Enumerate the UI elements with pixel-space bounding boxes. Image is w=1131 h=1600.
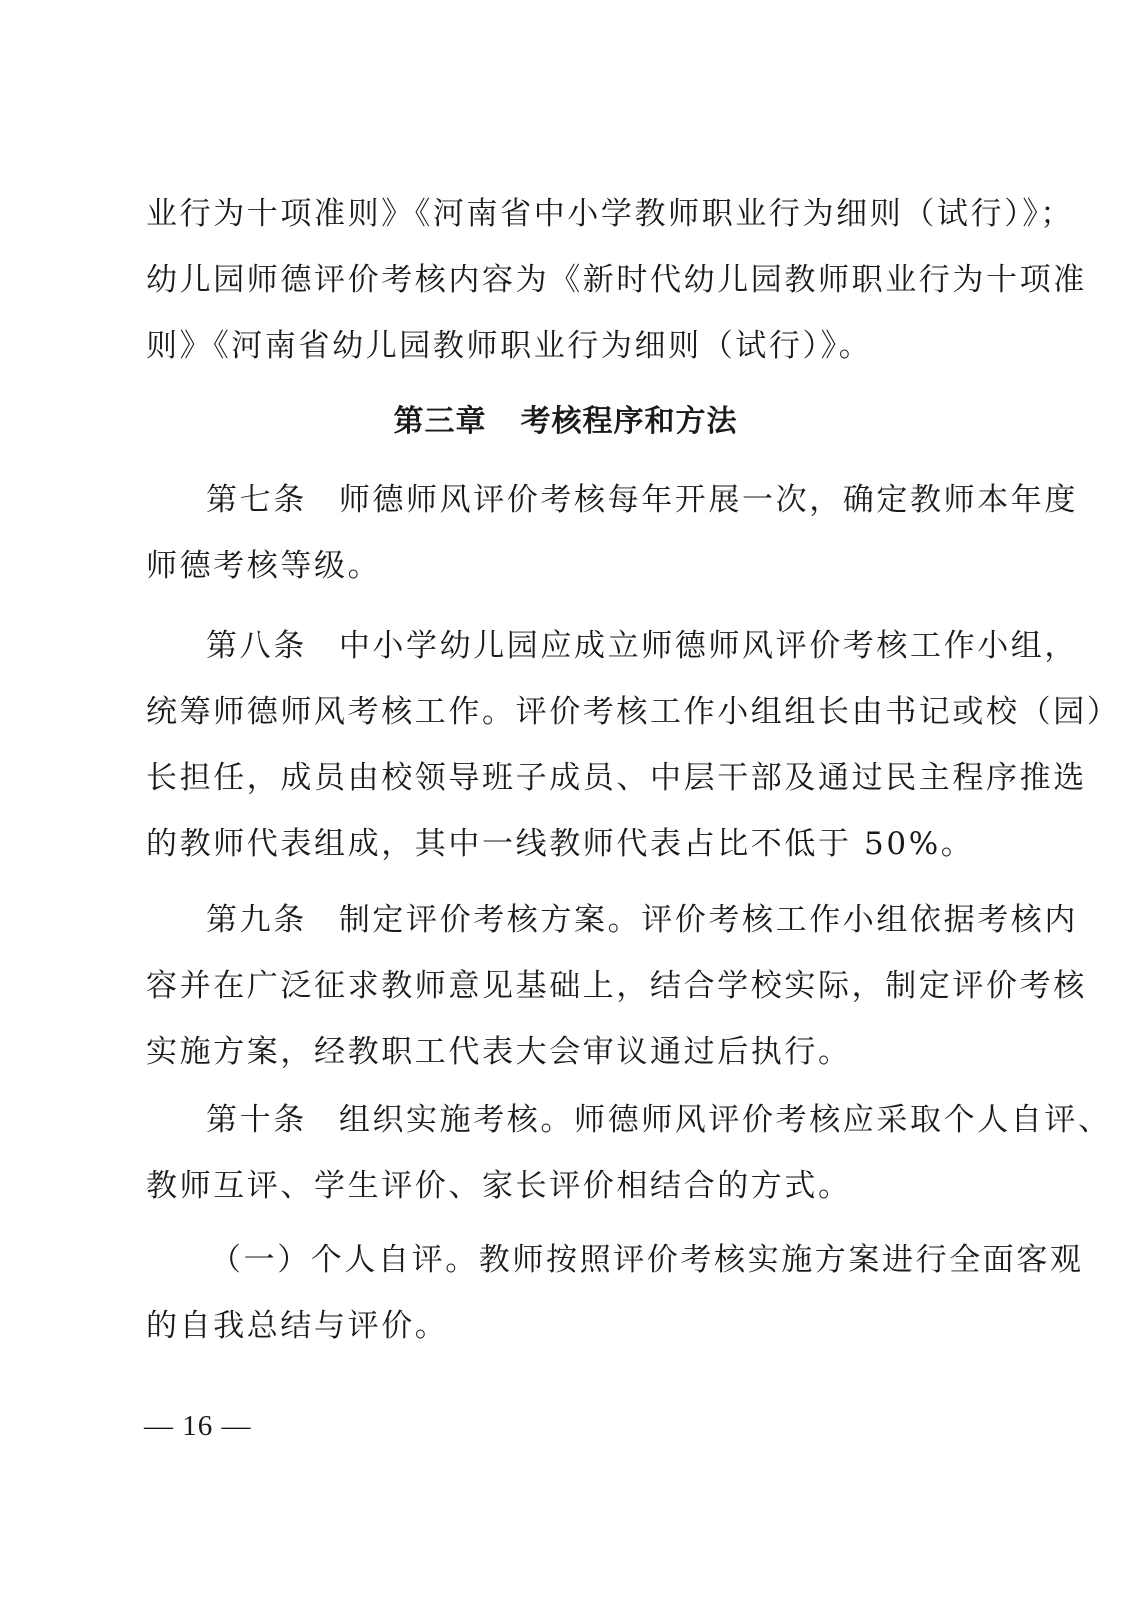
article-10-line-2: 教师互评、学生评价、家长评价相结合的方式。 [146,1166,986,1206]
article-8-line-4: 的教师代表组成，其中一线教师代表占比不低于 50%。 [146,824,986,864]
document-page: 业行为十项准则》《河南省中小学教师职业行为细则（试行）》； 幼儿园师德评价考核内… [0,0,1131,1600]
article-8-text: 中小学幼儿园应成立师德师风评价考核工作小组， [339,628,1078,664]
article-10-label: 第十条 [206,1100,307,1140]
article-7-line-2: 师德考核等级。 [146,546,986,586]
article-8-line-3: 长担任，成员由校领导班子成员、中层干部及通过民主程序推选 [146,758,986,798]
article-9-label: 第九条 [206,900,307,940]
subitem-1-line-2: 的自我总结与评价。 [146,1306,986,1346]
article-7-text: 师德师风评价考核每年开展一次，确定教师本年度 [339,482,1078,518]
article-9-text: 制定评价考核方案。评价考核工作小组依据考核内 [339,902,1078,938]
article-8-line-2: 统筹师德师风考核工作。评价考核工作小组组长由书记或校（园） [146,692,986,732]
chapter-heading: 第三章考核程序和方法 [0,402,1131,442]
article-7-label: 第七条 [206,480,307,520]
chapter-number: 第三章 [394,404,487,439]
article-10-line-1: 第十条组织实施考核。师德师风评价考核应采取个人自评、 [206,1100,986,1140]
article-8-label: 第八条 [206,626,307,666]
article-9-line-2: 容并在广泛征求教师意见基础上，结合学校实际，制定评价考核 [146,966,986,1006]
chapter-title: 考核程序和方法 [521,404,738,439]
subitem-1-line-1: （一）个人自评。教师按照评价考核实施方案进行全面客观 [210,1240,986,1280]
article-9-line-1: 第九条制定评价考核方案。评价考核工作小组依据考核内 [206,900,986,940]
continuation-line-3: 则》《河南省幼儿园教师职业行为细则（试行）》。 [146,326,986,366]
page-number: — 16 — [144,1408,252,1444]
article-10-text: 组织实施考核。师德师风评价考核应采取个人自评、 [339,1102,1112,1138]
continuation-line-2: 幼儿园师德评价考核内容为《新时代幼儿园教师职业行为十项准 [146,260,986,300]
article-8-line-1: 第八条中小学幼儿园应成立师德师风评价考核工作小组， [206,626,986,666]
continuation-line-1: 业行为十项准则》《河南省中小学教师职业行为细则（试行）》； [146,194,986,234]
article-7-line-1: 第七条师德师风评价考核每年开展一次，确定教师本年度 [206,480,986,520]
article-9-line-3: 实施方案，经教职工代表大会审议通过后执行。 [146,1032,986,1072]
